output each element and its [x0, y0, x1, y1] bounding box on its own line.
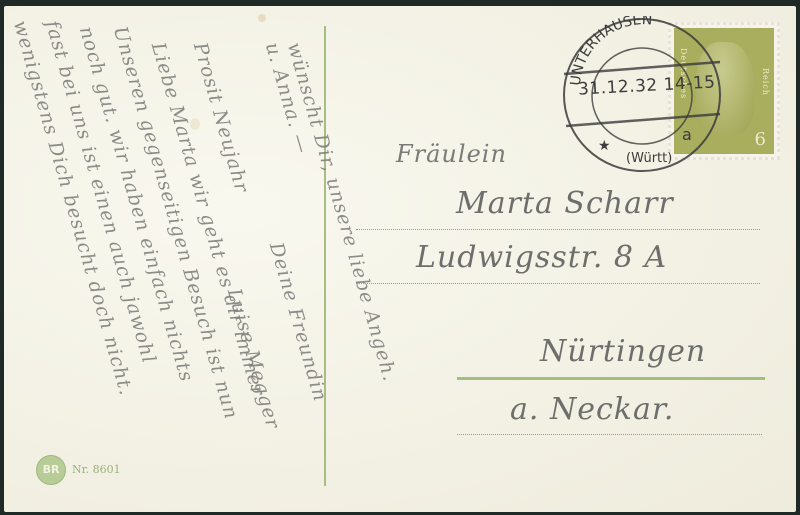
address-city-underline: [457, 377, 765, 380]
address-line: [356, 229, 760, 230]
postmark-suffix: a: [682, 125, 692, 144]
publisher-logo: BR: [36, 455, 66, 485]
postmark-star-icon: ★: [598, 138, 611, 154]
address-region: a. Neckar.: [510, 392, 674, 427]
paper-stain: [258, 14, 266, 22]
stamp-value: 6: [755, 129, 766, 150]
publisher-number: Nr. 8601: [72, 463, 121, 476]
address-name: Marta Scharr: [456, 186, 674, 221]
address-line: [457, 434, 762, 435]
address-salutation: Fräulein: [396, 140, 507, 168]
stamp-country-right: Reich: [761, 68, 770, 96]
address-street: Ludwigsstr. 8 A: [416, 240, 667, 275]
center-divider-line: [324, 26, 326, 486]
postmark-region: (Württ): [626, 151, 672, 166]
address-city: Nürtingen: [540, 334, 706, 369]
address-line: [356, 283, 760, 284]
